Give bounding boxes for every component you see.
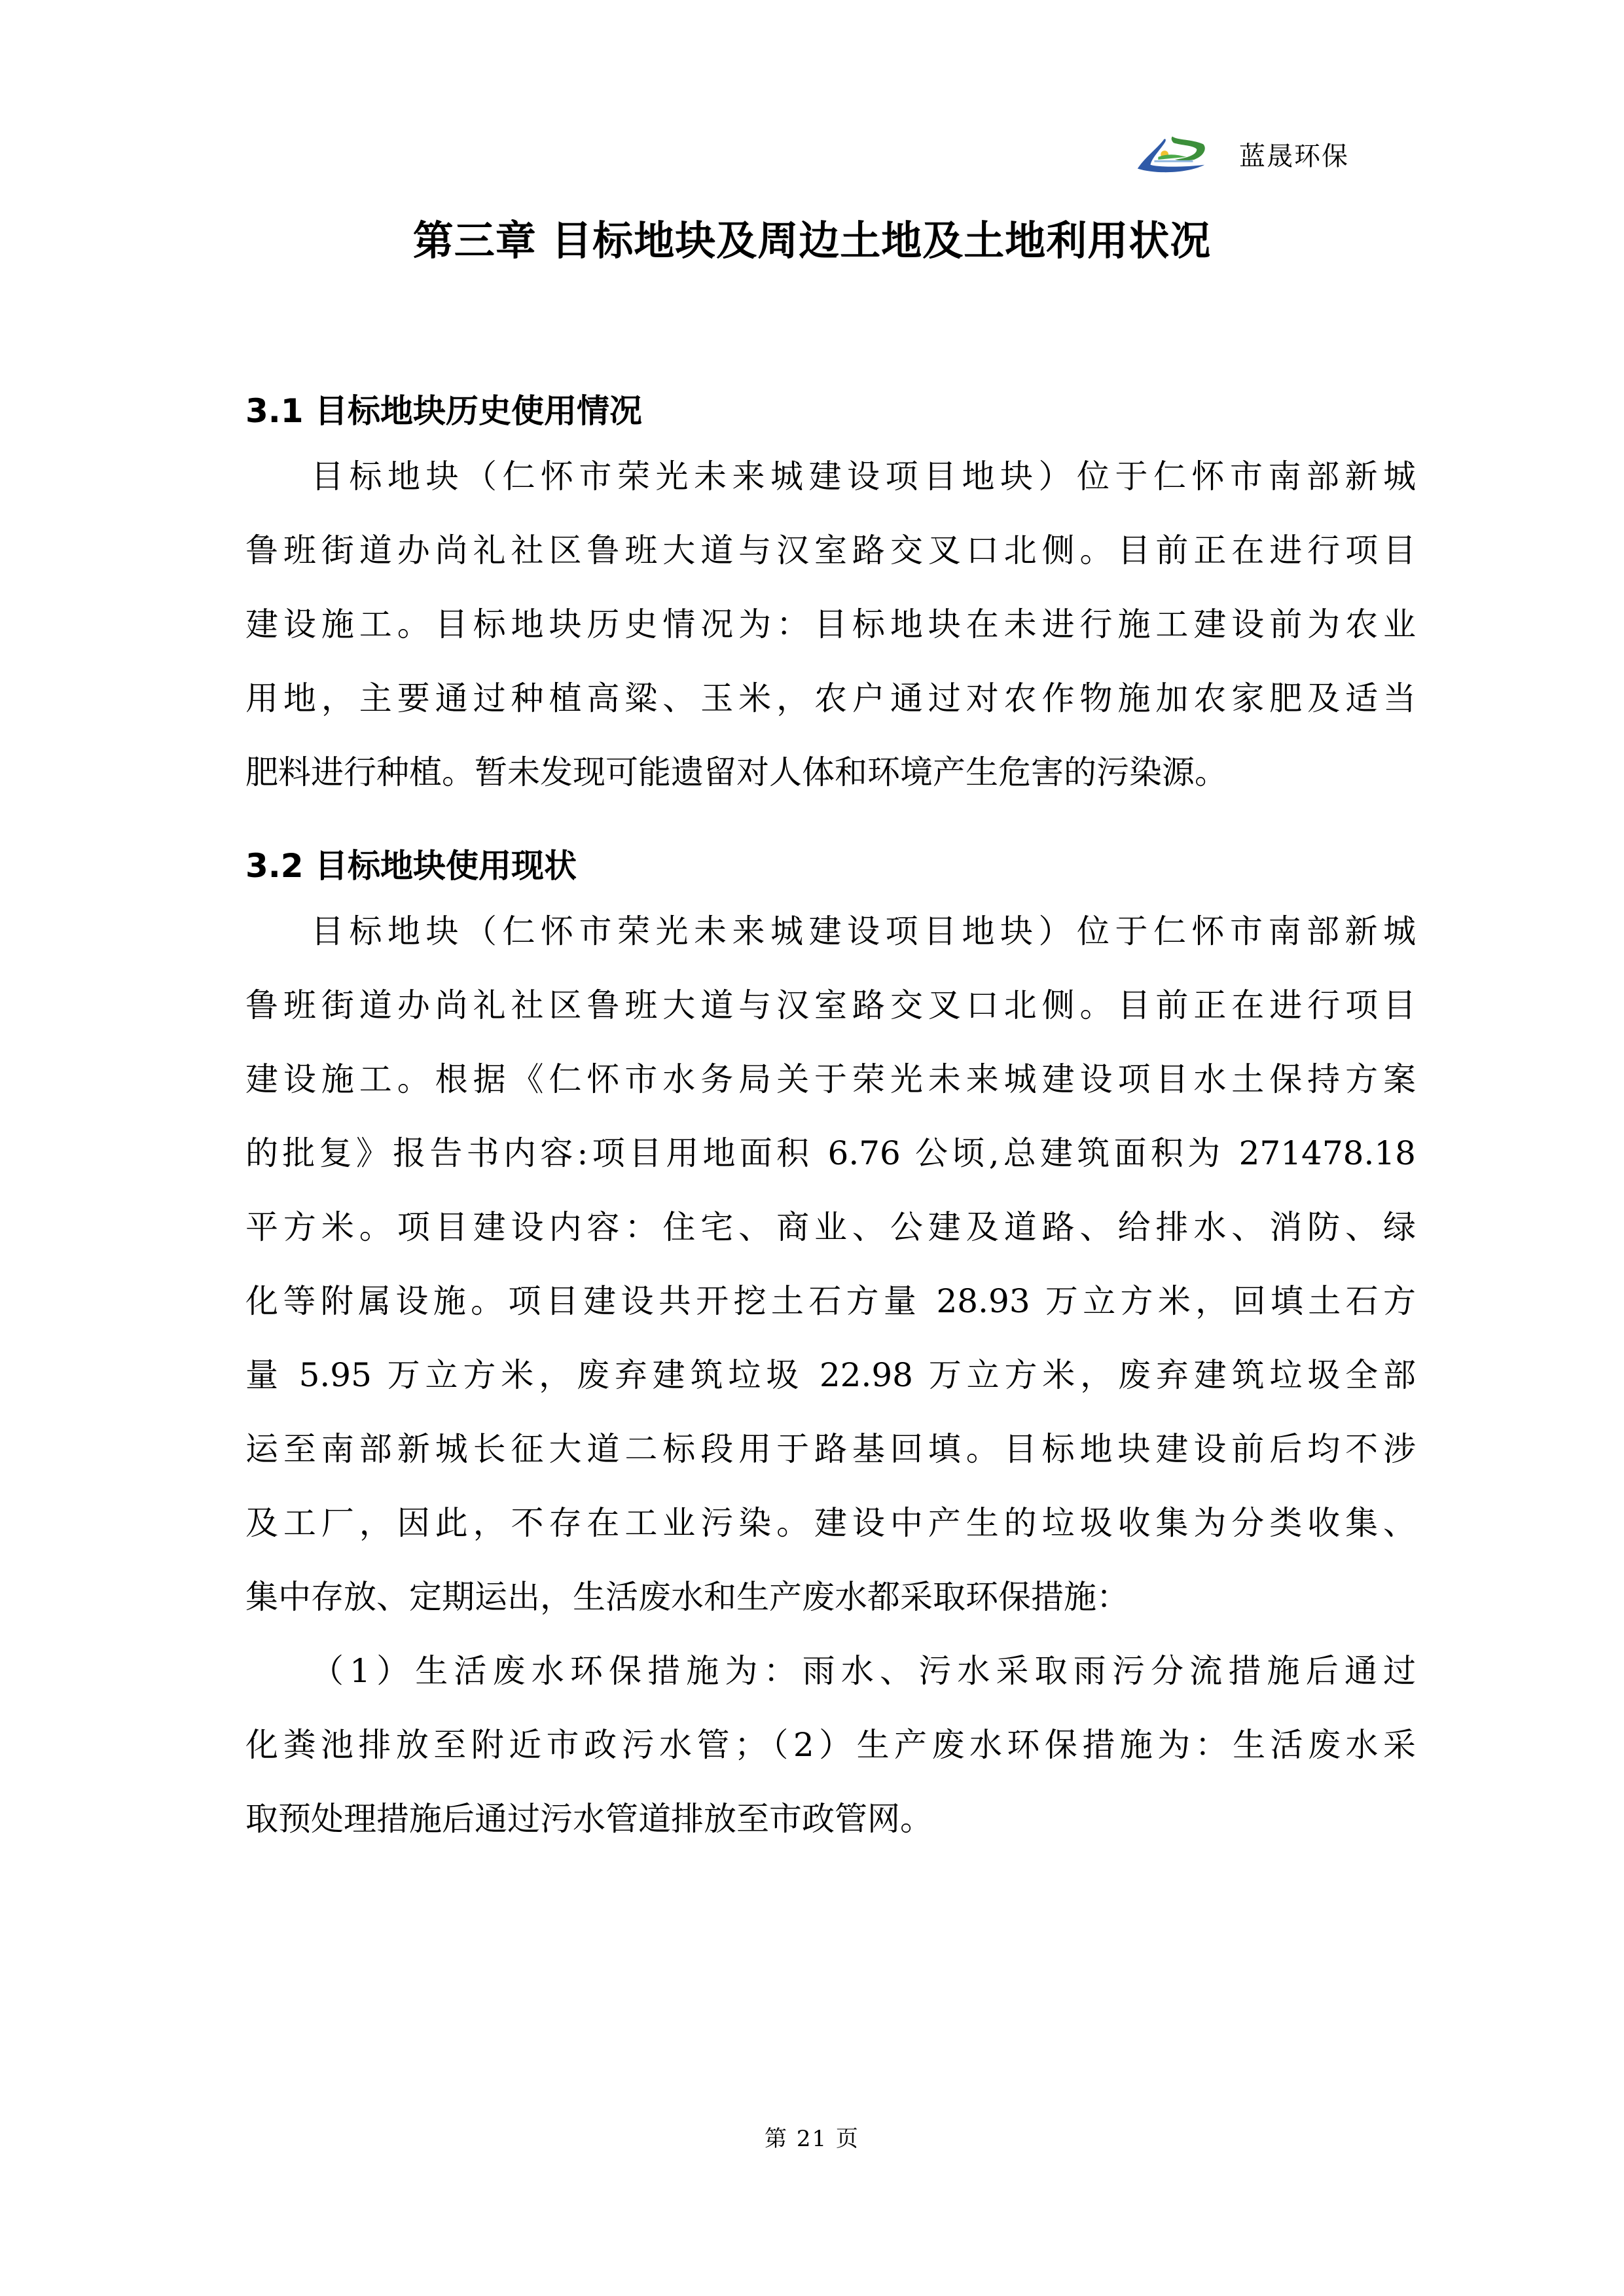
lansheng-logo-icon <box>1132 131 1210 177</box>
text-line: 化等附属设施。项目建设共开挖土石方量 28.93 万立方米，回填土石方 <box>245 1265 1416 1338</box>
text-line: 化粪池排放至附近市政污水管；（2）生产废水环保措施为：生活废水采 <box>245 1708 1416 1782</box>
section-heading-3-2: 3.2 目标地块使用现状 <box>245 840 577 887</box>
paragraph-3-1: 目标地块（仁怀市荣光未来城建设项目地块）位于仁怀市南部新城 鲁班街道办尚礼社区鲁… <box>245 440 1416 810</box>
text-line: 鲁班街道办尚礼社区鲁班大道与汉室路交叉口北侧。目前正在进行项目 <box>245 514 1416 588</box>
brand-name: 蓝晟环保 <box>1239 135 1349 173</box>
header-logo: 蓝晟环保 <box>1132 128 1407 180</box>
text-line: 肥料进行种植。暂未发现可能遗留对人体和环境产生危害的污染源。 <box>245 736 1416 810</box>
paragraph-3-2-b: （1）生活废水环保措施为：雨水、污水采取雨污分流措施后通过 化粪池排放至附近市政… <box>245 1634 1416 1856</box>
text-line: 目标地块（仁怀市荣光未来城建设项目地块）位于仁怀市南部新城 <box>245 895 1416 969</box>
text-line: （1）生活废水环保措施为：雨水、污水采取雨污分流措施后通过 <box>245 1634 1416 1708</box>
paragraph-3-2-a: 目标地块（仁怀市荣光未来城建设项目地块）位于仁怀市南部新城 鲁班街道办尚礼社区鲁… <box>245 895 1416 1634</box>
text-line: 平方米。项目建设内容：住宅、商业、公建及道路、给排水、消防、绿 <box>245 1191 1416 1265</box>
text-line: 目标地块（仁怀市荣光未来城建设项目地块）位于仁怀市南部新城 <box>245 440 1416 514</box>
text-line: 鲁班街道办尚礼社区鲁班大道与汉室路交叉口北侧。目前正在进行项目 <box>245 969 1416 1043</box>
page-number: 第 21 页 <box>0 2121 1624 2153</box>
text-line: 的批复》报告书内容:项目用地面积 6.76 公顷,总建筑面积为 271478.1… <box>245 1117 1416 1191</box>
section-heading-3-1: 3.1 目标地块历史使用情况 <box>245 385 642 432</box>
text-line: 量 5.95 万立方米，废弃建筑垃圾 22.98 万立方米，废弃建筑垃圾全部 <box>245 1338 1416 1412</box>
text-line: 取预处理措施后通过污水管道排放至市政管网。 <box>245 1782 1416 1856</box>
text-line: 及工厂，因此，不存在工业污染。建设中产生的垃圾收集为分类收集、 <box>245 1486 1416 1560</box>
text-line: 集中存放、定期运出，生活废水和生产废水都采取环保措施： <box>245 1560 1416 1634</box>
chapter-title: 第三章 目标地块及周边土地及土地利用状况 <box>0 208 1624 266</box>
text-line: 用地，主要通过种植高粱、玉米，农户通过对农作物施加农家肥及适当 <box>245 662 1416 736</box>
text-line: 运至南部新城长征大道二标段用于路基回填。目标地块建设前后均不涉 <box>245 1412 1416 1486</box>
text-line: 建设施工。根据《仁怀市水务局关于荣光未来城建设项目水土保持方案 <box>245 1043 1416 1117</box>
text-line: 建设施工。目标地块历史情况为：目标地块在未进行施工建设前为农业 <box>245 588 1416 662</box>
